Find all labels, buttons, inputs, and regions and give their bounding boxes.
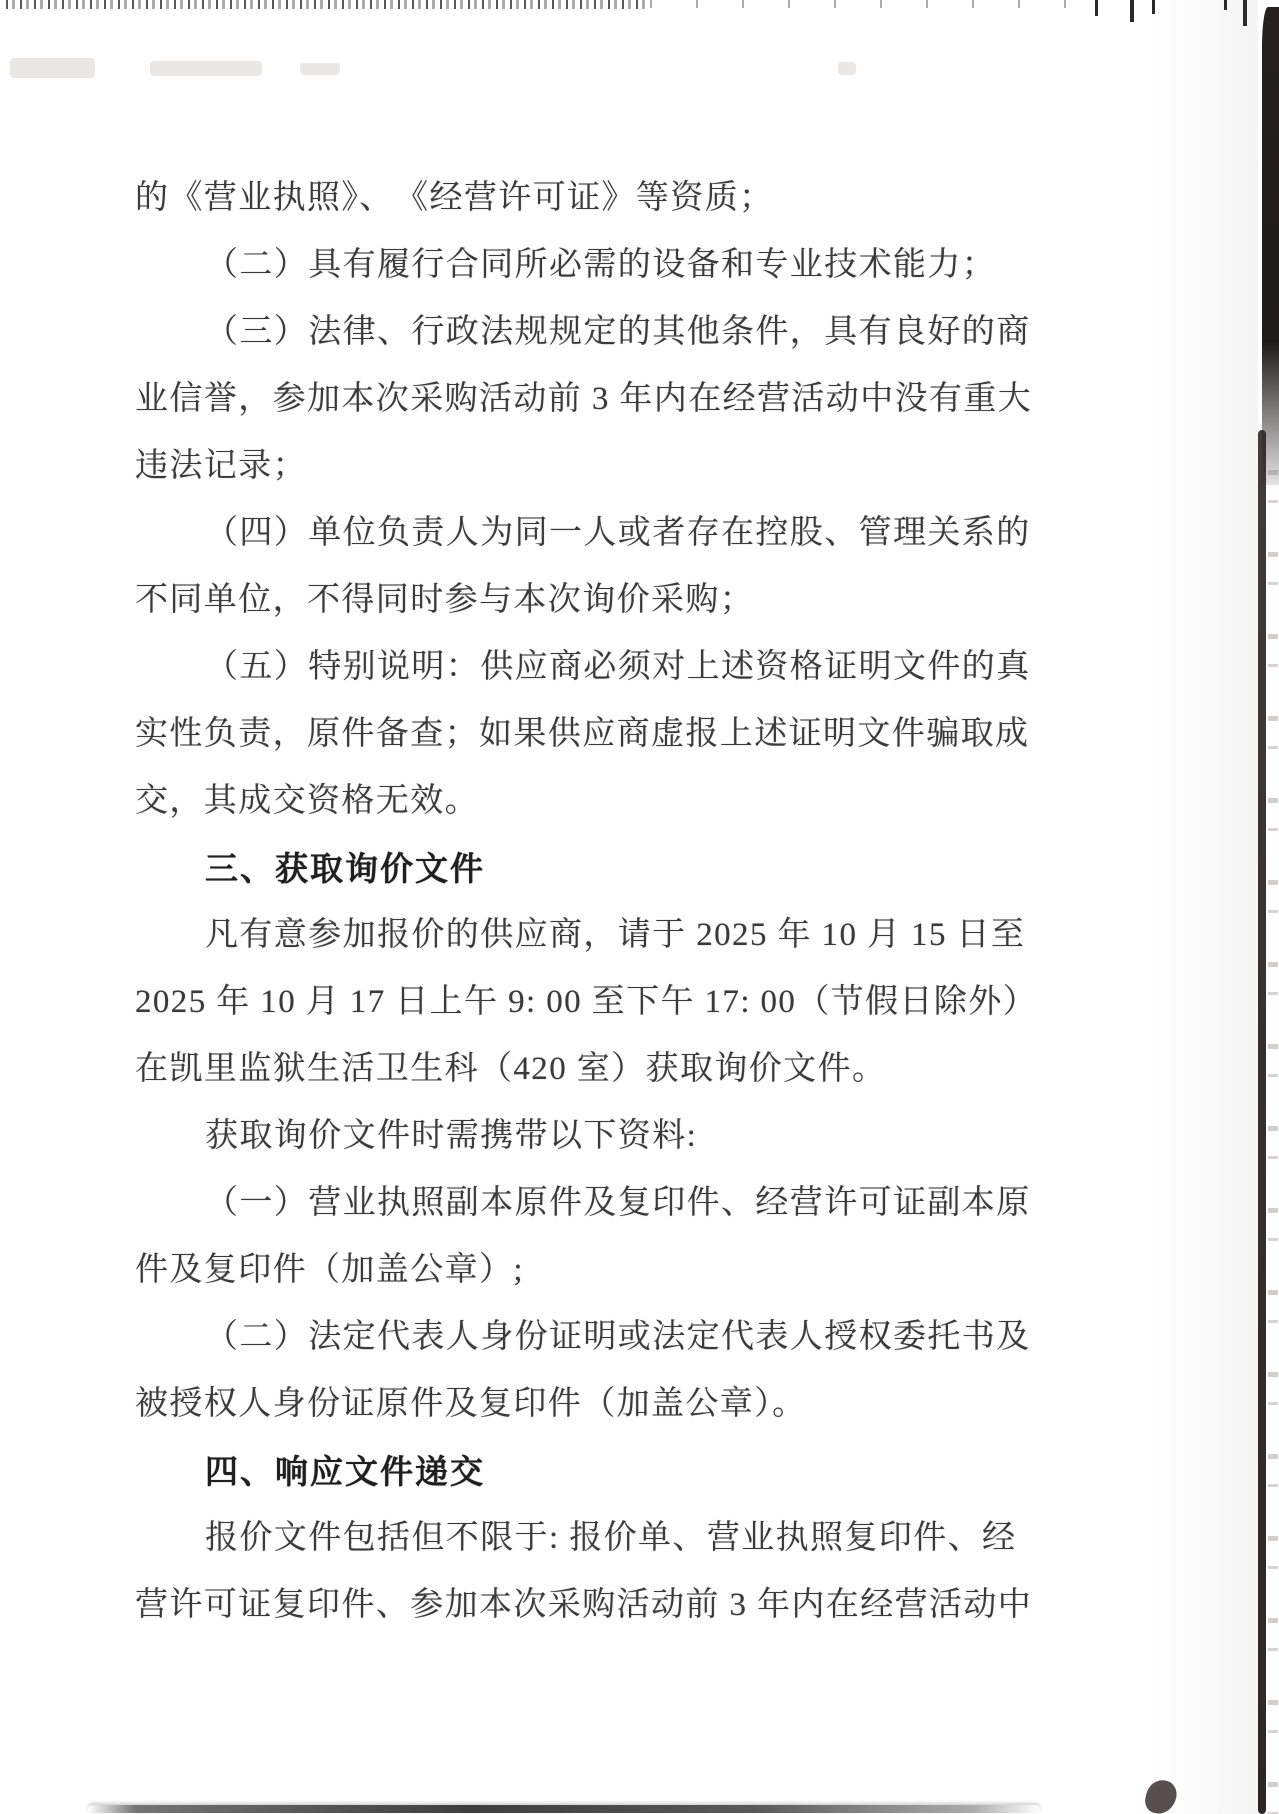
text-line: 件及复印件（加盖公章）; xyxy=(135,1237,1075,1304)
section-heading: 三、获取询价文件 xyxy=(135,835,1075,902)
text-line: 报价文件包括但不限于: 报价单、营业执照复印件、经 xyxy=(135,1505,1075,1572)
scan-artifact-top-noise xyxy=(6,0,646,9)
text-line: 业信誉，参加本次采购活动前 3 年内在经营活动中没有重大 xyxy=(135,366,1075,433)
scan-artifact-top-tick xyxy=(1243,0,1247,26)
scan-artifact-right-edge-speckles xyxy=(1268,470,1278,1814)
text-line: 在凯里监狱生活卫生科（420 室）获取询价文件。 xyxy=(135,1036,1075,1103)
scan-artifact-corner-blob xyxy=(1143,1777,1179,1814)
text-line: （二）具有履行合同所必需的设备和专业技术能力； xyxy=(135,232,1075,299)
scan-artifact-right-edge-line xyxy=(1258,430,1266,1814)
scan-artifact-top-tick xyxy=(1130,0,1134,22)
scan-artifact-top-tick xyxy=(1095,0,1098,16)
section-heading: 四、响应文件递交 xyxy=(135,1438,1075,1505)
text-line: 获取询价文件时需携带以下资料: xyxy=(135,1103,1075,1170)
text-line: （一）营业执照副本原件及复印件、经营许可证副本原 xyxy=(135,1170,1075,1237)
scan-artifact-faint-smudge xyxy=(150,61,262,76)
text-line: （三）法律、行政法规规定的其他条件，具有良好的商 xyxy=(135,299,1075,366)
text-line: 不同单位，不得同时参与本次询价采购； xyxy=(135,567,1075,634)
scan-artifact-faint-smudge xyxy=(10,58,95,78)
scan-artifact-faint-smudge xyxy=(838,62,856,75)
text-line: 的《营业执照》、 《经营许可证》等资质； xyxy=(135,165,1075,232)
text-line: 凡有意参加报价的供应商，请于 2025 年 10 月 15 日至 xyxy=(135,902,1075,969)
scan-artifact-top-tick xyxy=(1224,0,1227,10)
document-page: 的《营业执照》、 《经营许可证》等资质；（二）具有履行合同所必需的设备和专业技术… xyxy=(0,0,1279,1814)
text-line: 交，其成交资格无效。 xyxy=(135,768,1075,835)
text-line: （四）单位负责人为同一人或者存在控股、管理关系的 xyxy=(135,500,1075,567)
scan-artifact-bottom-streak xyxy=(88,1805,1040,1813)
document-content: 的《营业执照》、 《经营许可证》等资质；（二）具有履行合同所必需的设备和专业技术… xyxy=(135,165,1075,1639)
page-edge-shading xyxy=(1150,0,1258,1814)
scan-artifact-top-noise-sparse xyxy=(650,0,1080,8)
text-line: 实性负责，原件备查；如果供应商虚报上述证明文件骗取成 xyxy=(135,701,1075,768)
text-line: 营许可证复印件、参加本次采购活动前 3 年内在经营活动中 xyxy=(135,1572,1075,1639)
scan-artifact-faint-smudge xyxy=(300,63,340,75)
text-line: 违法记录； xyxy=(135,433,1075,500)
scan-artifact-top-tick xyxy=(1152,0,1155,14)
scan-artifact-right-edge-bar xyxy=(1262,7,1279,485)
text-line: 被授权人身份证原件及复印件（加盖公章）。 xyxy=(135,1371,1075,1438)
text-line: （二）法定代表人身份证明或法定代表人授权委托书及 xyxy=(135,1304,1075,1371)
text-line: （五）特别说明：供应商必须对上述资格证明文件的真 xyxy=(135,634,1075,701)
text-line: 2025 年 10 月 17 日上午 9: 00 至下午 17: 00（节假日除… xyxy=(135,969,1075,1036)
